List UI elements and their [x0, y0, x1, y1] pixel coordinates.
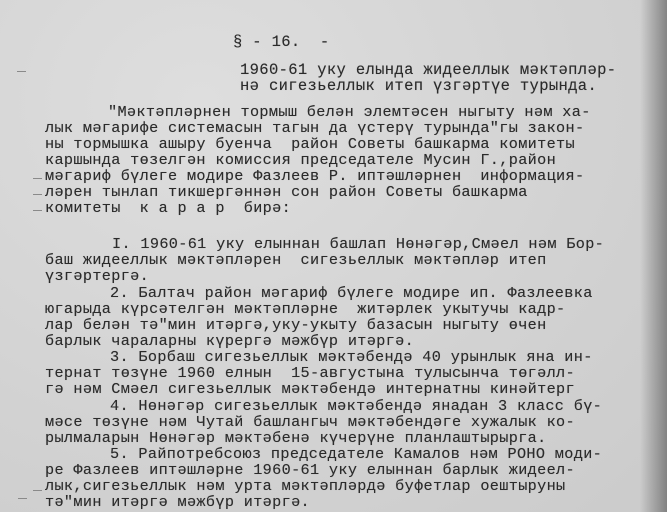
item-5-line: тә"мин итәргә мәжбүр итәргә.	[45, 494, 310, 510]
preamble-line: "Мәктәпләрнен тормыш белән элемтәсен ныг…	[108, 104, 591, 120]
preamble-line: ны тормышка ашыру буенча район Советы ба…	[45, 136, 575, 152]
margin-tick	[18, 498, 27, 499]
item-1-line: үзгәртергә.	[45, 268, 149, 284]
item-1-line: I. 1960-61 уку елыннан башлап Нөнәгәр,См…	[112, 236, 604, 252]
preamble-line: лык мәгарифе системасын тагын да үстерү …	[45, 120, 584, 136]
item-3-line: гә нәм Смәел сигезьеллык мәктәбендә инте…	[45, 381, 575, 397]
item-2-line: 2. Балтач район мәгариф бүлеге модире ип…	[110, 285, 593, 301]
document-title-line-1: 1960-61 уку елында жидееллык мәктәпләр-	[240, 62, 616, 78]
margin-tick	[17, 71, 26, 72]
section-number: § - 16. -	[233, 34, 330, 50]
margin-tick	[33, 210, 42, 211]
item-3-line: тернат төзүне 1960 елнын 15-августына ту…	[45, 365, 575, 381]
item-5-line: лык,сигезьеллык нәм урта мәктәпләрдә буф…	[45, 478, 566, 494]
item-2-line: югарыда күрсәтелгән мәктәпләрне житәрлек…	[45, 301, 566, 317]
item-2-line: барлык чараларны күрергә мәжбүр итәргә.	[45, 333, 414, 349]
item-3-line: 3. Борбаш сигезьеллык мәктәбендә 40 урын…	[110, 349, 593, 365]
item-4-line: рылмаларын Нөнәгәр мәктәбенә күчерүне пл…	[45, 430, 547, 446]
scanned-document-page: § - 16. - 1960-61 уку елында жидееллык м…	[0, 0, 667, 512]
preamble-line: комитеты к а р а р бирә:	[45, 200, 291, 216]
margin-tick	[33, 490, 42, 491]
preamble-line: каршында төзелгән комиссия председателе …	[45, 152, 556, 168]
item-5-line: ре Фазлеев иптәшләрне 1960-61 уку елынна…	[45, 462, 575, 478]
document-title-line-2: нә сигезьеллык итеп үзгәртүе турында.	[240, 78, 597, 94]
item-5-line: 5. Райпотребсоюз председателе Камалов нә…	[110, 446, 602, 462]
item-4-line: 4. Нөнәгәр сигезьеллык мәктәбендә янадан…	[110, 398, 602, 414]
item-1-line: баш жидееллык мәктәпләрен сигезьеллык мә…	[45, 252, 547, 268]
item-2-line: лар белән тә"мин итәргә,уку-укыту базасы…	[45, 317, 547, 333]
item-4-line: мәсе төзүне нәм Чутай башлангыч мәктәбен…	[45, 414, 575, 430]
margin-tick	[33, 194, 42, 195]
preamble-line: мәгариф бүлеге модире Фазлеев Р. иптәшлә…	[45, 168, 584, 184]
margin-tick	[33, 178, 42, 179]
preamble-line: ләрен тынлап тикшергәннән сон район Сове…	[45, 184, 528, 200]
